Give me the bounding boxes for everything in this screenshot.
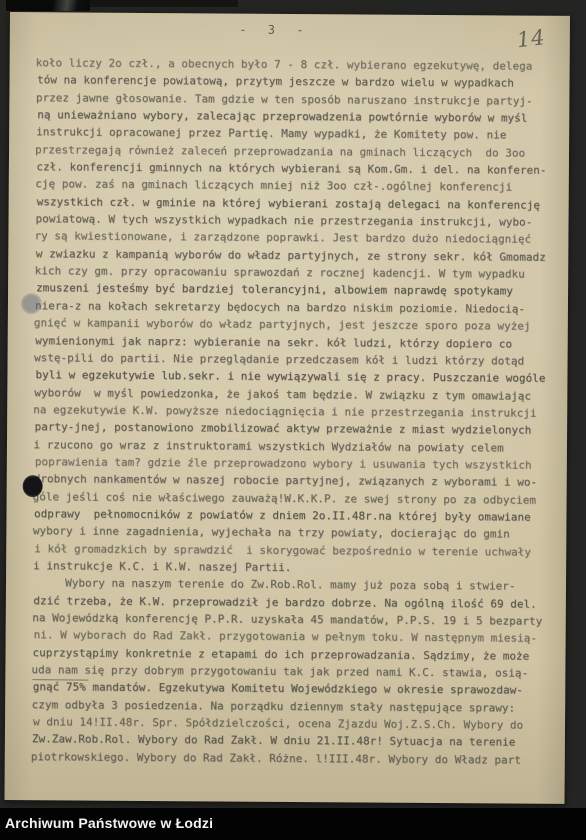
archive-watermark-label: Archiwum Państwowe w Łodzi: [0, 808, 586, 839]
document-body: koło liczy 2o czł., a obecnych było 7 - …: [32, 54, 562, 769]
page-number: - 3 -: [0, 21, 555, 39]
hole-punch-faint: [21, 293, 42, 314]
hole-punch-black: [23, 475, 43, 497]
archive-watermark-bar: Archiwum Państwowe w Łodzi: [0, 808, 586, 840]
scanned-archive-page: { "document": { "page_number": "- 3 -", …: [0, 0, 586, 840]
document-page: - 3 - 14 koło liczy 2o czł., a obecnych …: [4, 12, 569, 804]
handwritten-page-number: 14: [516, 25, 547, 52]
background-scrap-top: [90, 0, 238, 7]
background-scrap-top-left: [6, 0, 90, 11]
text-line: piotrkowskiego. Wybory do Rad Zakł. Różn…: [31, 748, 556, 769]
